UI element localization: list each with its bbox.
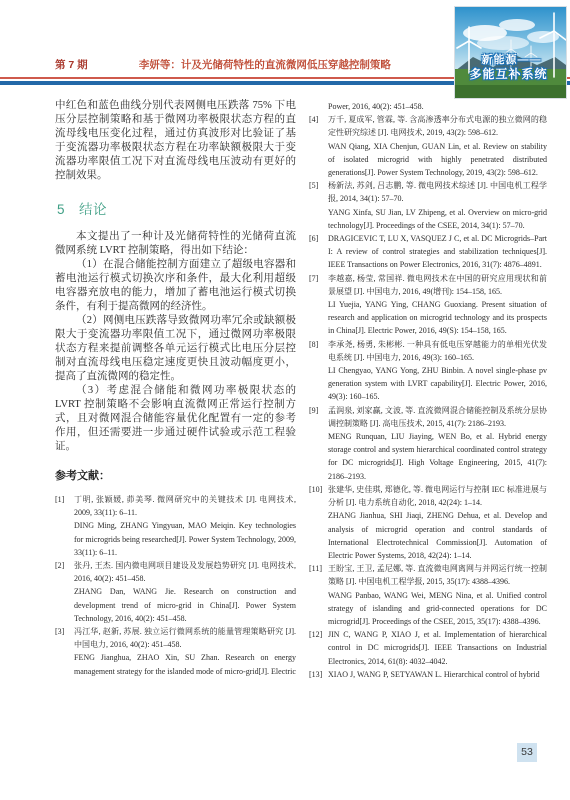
reference-text: 张建华, 史佳琪, 郑德化, 等. 微电网运行与控制 IEC 标准进展与分析 [… [328, 483, 547, 562]
conclusion-paragraph: （2）网侧电压跌落导致微网功率冗余或缺额极限大于变流器功率限值工况下，通过微网功… [55, 314, 296, 384]
reference-item: [6] DRAGICEVIC T, LU X, VASQUEZ J C, et … [309, 232, 547, 272]
reference-text: 丁明, 张颖媛, 茆美琴. 微网研究中的关键技术 [J]. 电网技术, 2009… [74, 493, 296, 559]
reference-zh: 丁明, 张颖媛, 茆美琴. 微网研究中的关键技术 [J]. 电网技术, 2009… [74, 493, 296, 519]
paper-page: 第 7 期 李妍等：计及光储荷特性的直流微网低压穿越控制策略 [0, 0, 570, 800]
reference-zh: 李越嘉, 杨莹, 常国祥. 微电网技术在中国的研究应用现状和前景展望 [J]. … [328, 272, 547, 298]
reference-number: [1] [55, 493, 74, 559]
reference-text: 孟润泉, 刘家赢, 文波, 等. 直流微网混合储能控制及系统分层协调控制策略 [… [328, 404, 547, 483]
reference-number: [11] [309, 562, 328, 628]
page-number: 53 [517, 743, 537, 762]
reference-item: [10] 张建华, 史佳琪, 郑德化, 等. 微电网运行与控制 IEC 标准进展… [309, 483, 547, 562]
reference-number: [9] [309, 404, 328, 483]
reference-text: 李承尧, 杨勇, 朱彬彬. 一种具有低电压穿越能力的单相光伏发电系统 [J]. … [328, 338, 547, 404]
reference-zh: 万千, 夏成军, 管霖, 等. 含高渗透率分布式电源的独立微网的稳定性研究综述 … [328, 113, 547, 139]
reference-text: 万千, 夏成军, 管霖, 等. 含高渗透率分布式电源的独立微网的稳定性研究综述 … [328, 113, 547, 179]
reference-number: [2] [55, 559, 74, 625]
conclusion-paragraph: 本文提出了一种计及光储荷特性的光储荷直流微网系统 LVRT 控制策略，得出如下结… [55, 230, 296, 258]
reference-number: [10] [309, 483, 328, 562]
reference-text: 冯江华, 赵新, 苏展. 独立运行微网系统的能量管理策略研究 [J]. 中国电力… [74, 625, 296, 678]
body-paragraph: 中红色和蓝色曲线分别代表网侧电压跌落 75% 下电压分层控制策略和基于微网功率极… [55, 99, 296, 183]
section-title: 结论 [79, 202, 107, 217]
reference-zh: 冯江华, 赵新, 苏展. 独立运行微网系统的能量管理策略研究 [J]. 中国电力… [74, 625, 296, 651]
reference-en: FENG Jianghua, ZHAO Xin, SU Zhan. Resear… [74, 651, 296, 677]
reference-en: JIN C, WANG P, XIAO J, et al. Implementa… [328, 628, 547, 668]
running-title: 李妍等：计及光储荷特性的直流微网低压穿越控制策略 [88, 57, 442, 72]
references-heading: 参考文献： [55, 467, 296, 483]
reference-en: WAN Qiang, XIA Chenjun, GUAN Lin, et al.… [328, 140, 547, 180]
conclusion-paragraph: （3）考虑混合储能和微网功率极限状态的 LVRT 控制策略不会影响直流微网正常运… [55, 384, 296, 454]
banner-caption-line1: 新能源—— [455, 53, 562, 67]
reference-item: [12] JIN C, WANG P, XIAO J, et al. Imple… [309, 628, 547, 668]
banner-caption: 新能源—— 多能互补系统 [455, 53, 562, 81]
reference-item: [13] XIAO J, WANG P, SETYAWAN L. Hierarc… [309, 668, 547, 681]
reference-item: [1] 丁明, 张颖媛, 茆美琴. 微网研究中的关键技术 [J]. 电网技术, … [55, 493, 296, 559]
reference-en: LI Chengyao, YANG Yong, ZHU Binbin. A no… [328, 364, 547, 404]
reference-item: [7] 李越嘉, 杨莹, 常国祥. 微电网技术在中国的研究应用现状和前景展望 [… [309, 272, 547, 338]
reference-item: [8] 李承尧, 杨勇, 朱彬彬. 一种具有低电压穿越能力的单相光伏发电系统 [… [309, 338, 547, 404]
reference-en: WANG Panbao, WANG Wei, MENG Nina, et al.… [328, 589, 547, 629]
reference-number: [13] [309, 668, 328, 681]
reference-en: MENG Runquan, LIU Jiaying, WEN Bo, et al… [328, 430, 547, 483]
reference-number: [7] [309, 272, 328, 338]
reference-zh: 张丹, 王杰. 国内微电网项目建设及发展趋势研究 [J]. 电网技术, 2016… [74, 559, 296, 585]
reference-item: [5] 杨新法, 苏剑, 吕志鹏, 等. 微电网技术综述 [J]. 中国电机工程… [309, 179, 547, 232]
reference-number: [8] [309, 338, 328, 404]
reference-text: JIN C, WANG P, XIAO J, et al. Implementa… [328, 628, 547, 668]
reference-en: DRAGICEVIC T, LU X, VASQUEZ J C, et al. … [328, 232, 547, 272]
reference-en: LI Yuejia, YANG Ying, CHANG Guoxiang. Pr… [328, 298, 547, 338]
reference-en: YANG Xinfa, SU Jian, LV Zhipeng, et al. … [328, 206, 547, 232]
reference-number: [3] [55, 625, 74, 678]
banner-caption-line2: 多能互补系统 [455, 67, 562, 81]
reference-item: [11] 王盼宝, 王卫, 孟尼娜, 等. 直流微电网离网与并网运行统一控制策略… [309, 562, 547, 628]
reference-en: ZHANG Dan, WANG Jie. Research on constru… [74, 585, 296, 625]
reference-zh: 杨新法, 苏剑, 吕志鹏, 等. 微电网技术综述 [J]. 中国电机工程学报, … [328, 179, 547, 205]
reference-en: XIAO J, WANG P, SETYAWAN L. Hierarchical… [328, 668, 547, 681]
reference-number: [6] [309, 232, 328, 272]
right-column: Power, 2016, 40(2): 451–458. [4] 万千, 夏成军… [309, 100, 547, 681]
section-heading-conclusion: 5结论 [57, 198, 296, 218]
reference-item: [4] 万千, 夏成军, 管霖, 等. 含高渗透率分布式电源的独立微网的稳定性研… [309, 113, 547, 179]
left-column: 中红色和蓝色曲线分别代表网侧电压跌落 75% 下电压分层控制策略和基于微网功率极… [55, 99, 296, 678]
reference-text: XIAO J, WANG P, SETYAWAN L. Hierarchical… [328, 668, 547, 681]
reference-number: [12] [309, 628, 328, 668]
reference-text: 王盼宝, 王卫, 孟尼娜, 等. 直流微电网离网与并网运行统一控制策略 [J].… [328, 562, 547, 628]
reference-text: 杨新法, 苏剑, 吕志鹏, 等. 微电网技术综述 [J]. 中国电机工程学报, … [328, 179, 547, 232]
reference-continuation: Power, 2016, 40(2): 451–458. [328, 100, 547, 113]
reference-text: 李越嘉, 杨莹, 常国祥. 微电网技术在中国的研究应用现状和前景展望 [J]. … [328, 272, 547, 338]
issue-label: 第 7 期 [55, 57, 88, 72]
reference-zh: 张建华, 史佳琪, 郑德化, 等. 微电网运行与控制 IEC 标准进展与分析 [… [328, 483, 547, 509]
wind-farm-photo: 新能源—— 多能互补系统 [455, 7, 566, 98]
reference-item: [9] 孟润泉, 刘家赢, 文波, 等. 直流微网混合储能控制及系统分层协调控制… [309, 404, 547, 483]
reference-zh: 孟润泉, 刘家赢, 文波, 等. 直流微网混合储能控制及系统分层协调控制策略 [… [328, 404, 547, 430]
reference-number: [4] [309, 113, 328, 179]
reference-text: 张丹, 王杰. 国内微电网项目建设及发展趋势研究 [J]. 电网技术, 2016… [74, 559, 296, 625]
reference-zh: 王盼宝, 王卫, 孟尼娜, 等. 直流微电网离网与并网运行统一控制策略 [J].… [328, 562, 547, 588]
page-header: 第 7 期 李妍等：计及光储荷特性的直流微网低压穿越控制策略 [55, 57, 442, 72]
reference-en: DING Ming, ZHANG Yingyuan, MAO Meiqin. K… [74, 519, 296, 559]
reference-number: [5] [309, 179, 328, 232]
reference-text: DRAGICEVIC T, LU X, VASQUEZ J C, et al. … [328, 232, 547, 272]
reference-en: ZHANG Jianhua, SHI Jiaqi, ZHENG Dehua, e… [328, 509, 547, 562]
reference-item: [2] 张丹, 王杰. 国内微电网项目建设及发展趋势研究 [J]. 电网技术, … [55, 559, 296, 625]
section-number: 5 [57, 202, 65, 217]
reference-item: [3] 冯江华, 赵新, 苏展. 独立运行微网系统的能量管理策略研究 [J]. … [55, 625, 296, 678]
reference-zh: 李承尧, 杨勇, 朱彬彬. 一种具有低电压穿越能力的单相光伏发电系统 [J]. … [328, 338, 547, 364]
conclusion-paragraph: （1）在混合储能控制方面建立了超级电容器和蓄电池运行模式切换次序和条件，最大化利… [55, 258, 296, 314]
